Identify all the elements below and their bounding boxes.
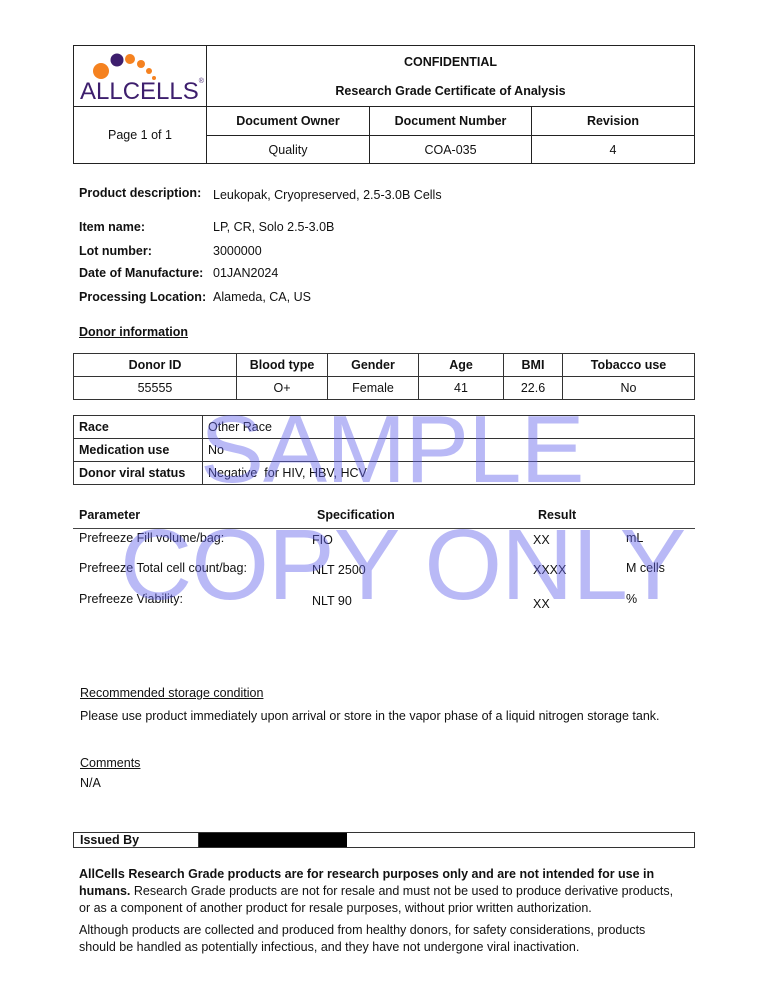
race-value: Other Race [203, 416, 695, 439]
logo-cell: ALLCELLS® [74, 46, 207, 107]
gender-value: Female [328, 377, 419, 400]
param-result: XX [533, 597, 550, 611]
col-specification: Specification [317, 508, 395, 522]
storage-heading: Recommended storage condition [80, 686, 263, 700]
param-unit: M cells [626, 561, 665, 575]
issued-by-redacted [199, 833, 347, 847]
table-row: Donor viral status Negative for HIV, HBV… [74, 462, 695, 485]
lot-number-label: Lot number: [79, 244, 152, 258]
table-row: Race Other Race [74, 416, 695, 439]
donor-table-header: Donor ID Blood type Gender Age BMI Tobac… [74, 354, 695, 377]
meta-number-header: Document Number [370, 107, 531, 136]
param-result: XX [533, 533, 550, 547]
document-header: ALLCELLS® CONFIDENTIAL Research Grade Ce… [73, 45, 695, 164]
table-row: 55555 O+ Female 41 22.6 No [74, 377, 695, 400]
col-donor-id: Donor ID [74, 354, 237, 377]
product-description-value: Leukopak, Cryopreserved, 2.5-3.0B Cells [213, 188, 442, 202]
blood-type-value: O+ [237, 377, 328, 400]
disclaimer-paragraph-1: AllCells Research Grade products are for… [79, 866, 679, 917]
col-blood-type: Blood type [237, 354, 328, 377]
age-value: 41 [419, 377, 504, 400]
logo-registered-mark: ® [199, 78, 204, 85]
meta-revision: Revision 4 [532, 107, 694, 163]
bmi-value: 22.6 [504, 377, 563, 400]
param-spec: NLT 2500 [312, 563, 366, 577]
manufacture-date-value: 01JAN2024 [213, 266, 278, 280]
comments-text: N/A [80, 776, 101, 790]
meta-number-value: COA-035 [370, 136, 531, 163]
meta-revision-value: 4 [532, 136, 694, 163]
medication-use-label: Medication use [74, 439, 203, 462]
storage-text: Please use product immediately upon arri… [80, 709, 660, 723]
document-title: Research Grade Certificate of Analysis [207, 84, 694, 98]
tobacco-use-value: No [563, 377, 695, 400]
donor-details-table: Race Other Race Medication use No Donor … [73, 415, 695, 485]
item-name-value: LP, CR, Solo 2.5-3.0B [213, 220, 334, 234]
logo-wordmark: ALLCELLS® [80, 78, 204, 106]
disclaimer-text: Research Grade products are not for resa… [79, 884, 673, 915]
manufacture-date-label: Date of Manufacture: [79, 266, 203, 280]
col-tobacco-use: Tobacco use [563, 354, 695, 377]
document-meta: Document Owner Quality Document Number C… [207, 107, 694, 163]
donor-info-heading: Donor information [79, 325, 188, 339]
param-name: Prefreeze Viability: [79, 592, 183, 606]
disclaimer-paragraph-2: Although products are collected and prod… [79, 922, 679, 956]
issued-by-row: Issued By [73, 832, 695, 848]
meta-owner-value: Quality [207, 136, 369, 163]
medication-use-value: No [203, 439, 695, 462]
param-spec: FIO [312, 533, 333, 547]
viral-status-label: Donor viral status [74, 462, 203, 485]
meta-revision-header: Revision [532, 107, 694, 136]
col-parameter: Parameter [79, 508, 140, 522]
donor-table: Donor ID Blood type Gender Age BMI Tobac… [73, 353, 695, 400]
title-cell: CONFIDENTIAL Research Grade Certificate … [207, 46, 694, 107]
param-unit: % [626, 592, 637, 606]
col-bmi: BMI [504, 354, 563, 377]
item-name-label: Item name: [79, 220, 145, 234]
processing-location-value: Alameda, CA, US [213, 290, 311, 304]
col-result: Result [538, 508, 576, 522]
meta-owner: Document Owner Quality [207, 107, 370, 163]
param-unit: mL [626, 531, 643, 545]
lot-number-value: 3000000 [213, 244, 262, 258]
table-row: Medication use No [74, 439, 695, 462]
processing-location-label: Processing Location: [79, 290, 206, 304]
meta-owner-header: Document Owner [207, 107, 369, 136]
product-description-label: Product description: [79, 186, 201, 200]
param-name: Prefreeze Total cell count/bag: [79, 561, 247, 575]
param-spec: NLT 90 [312, 594, 352, 608]
viral-status-value: Negative for HIV, HBV, HCV [203, 462, 695, 485]
meta-number: Document Number COA-035 [370, 107, 532, 163]
col-gender: Gender [328, 354, 419, 377]
issued-by-label: Issued By [74, 833, 199, 847]
param-name: Prefreeze Fill volume/bag: [79, 531, 224, 545]
col-age: Age [419, 354, 504, 377]
confidential-label: CONFIDENTIAL [207, 55, 694, 69]
race-label: Race [74, 416, 203, 439]
donor-id-value: 55555 [74, 377, 237, 400]
logo-text: ALLCELLS [80, 78, 199, 105]
page-indicator: Page 1 of 1 [74, 107, 207, 163]
param-result: XXXX [533, 563, 566, 577]
parameters-divider [73, 528, 695, 529]
comments-heading: Comments [80, 756, 140, 770]
